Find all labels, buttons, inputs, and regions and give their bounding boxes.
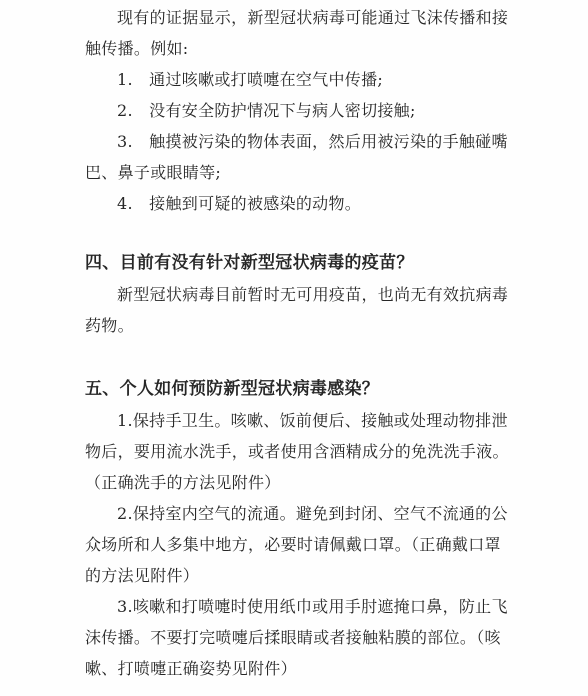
prevention-item-3: 3.咳嗽和打喷嚏时使用纸巾或用手肘遮掩口鼻，防止飞沫传播。不要打完喷嚏后揉眼睛或… [85, 591, 510, 684]
section-heading-prevention: 五、个人如何预防新型冠状病毒感染？ [85, 374, 510, 405]
transmission-list-item-2: 2. 没有安全防护情况下与病人密切接触; [85, 95, 510, 126]
intro-paragraph: 现有的证据显示，新型冠状病毒可能通过飞沫传播和接触传播。例如: [85, 2, 510, 64]
document-page: 现有的证据显示，新型冠状病毒可能通过飞沫传播和接触传播。例如: 1. 通过咳嗽或… [0, 0, 588, 696]
vaccine-paragraph: 新型冠状病毒目前暂时无可用疫苗，也尚无有效抗病毒药物。 [85, 279, 510, 341]
prevention-item-2: 2.保持室内空气的流通。避免到封闭、空气不流通的公众场所和人多集中地方，必要时请… [85, 498, 510, 591]
transmission-list-item-3: 3. 触摸被污染的物体表面，然后用被污染的手触碰嘴巴、鼻子或眼睛等; [85, 126, 510, 188]
section-heading-vaccine: 四、目前有没有针对新型冠状病毒的疫苗？ [85, 248, 510, 279]
transmission-list-item-1: 1. 通过咳嗽或打喷嚏在空气中传播; [85, 64, 510, 95]
prevention-item-1: 1.保持手卫生。咳嗽、饭前便后、接触或处理动物排泄物后，要用流水洗手，或者使用含… [85, 405, 510, 498]
transmission-list-item-4: 4. 接触到可疑的被感染的动物。 [85, 188, 510, 219]
